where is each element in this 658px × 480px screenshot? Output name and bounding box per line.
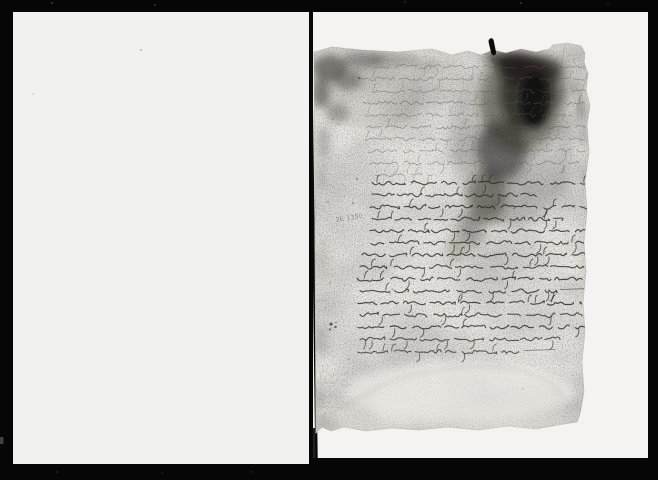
paper-speck (379, 55, 380, 56)
margin-dot (358, 77, 360, 79)
paper-speck (440, 321, 442, 323)
paper-speck (455, 244, 456, 245)
scan-image: 11 2E 1350 (0, 0, 658, 480)
margin-dot (329, 328, 331, 330)
paper-speck (416, 204, 417, 205)
margin-dot (327, 201, 329, 203)
paper-speck (483, 261, 484, 262)
paper-speck (453, 356, 454, 357)
paper-speck (489, 130, 491, 132)
paper-speck (530, 110, 531, 111)
paper-speck (435, 352, 436, 353)
paper-speck (575, 73, 576, 74)
paper-speck (443, 152, 444, 153)
margin-dot (356, 178, 358, 180)
paper-speck (452, 349, 453, 350)
paper-speck (533, 245, 534, 246)
paper-speck (423, 95, 424, 96)
paper-speck (332, 118, 334, 120)
paper-speck (322, 263, 323, 264)
paper-speck (420, 262, 421, 263)
paper-speck (430, 67, 432, 69)
paper-speck (446, 264, 448, 266)
paper-speck (353, 129, 354, 130)
paper-speck (399, 214, 400, 215)
margin-dot (335, 322, 337, 324)
paper-speck (496, 254, 497, 255)
ink-mark-dot (492, 59, 494, 61)
margin-dot (140, 49, 141, 50)
paper-speck (547, 272, 548, 273)
archival-scan-viewer: 11 2E 1350 (0, 0, 658, 480)
ink-blot-core (520, 74, 548, 126)
margin-dot (32, 93, 33, 94)
paper-speck (522, 388, 524, 390)
paper-speck (500, 351, 501, 352)
paper-speck (340, 297, 341, 298)
paper-speck (564, 233, 566, 235)
paper-speck (337, 123, 339, 125)
paper-speck (319, 398, 320, 399)
paper-speck (320, 347, 321, 348)
paper-speck (484, 254, 486, 256)
paper-speck (377, 193, 379, 195)
margin-dot (329, 282, 331, 284)
paper-speck (447, 355, 448, 356)
paper-speck (462, 229, 463, 230)
paper-speck (448, 308, 449, 309)
paper-speck (481, 72, 482, 73)
paper-speck (505, 216, 506, 217)
paper-speck (478, 277, 479, 278)
paper-speck (425, 56, 427, 58)
paper-speck (359, 321, 360, 322)
paper-speck (513, 207, 515, 209)
paper-speck (352, 79, 353, 80)
paper-speck (374, 87, 375, 88)
left-blank-page (13, 12, 309, 464)
margin-dot (334, 326, 336, 328)
folio-number: 11 (502, 58, 514, 69)
paper-speck (530, 247, 532, 249)
paper-speck (337, 95, 338, 96)
frame-edge-smudge (0, 437, 4, 444)
paper-speck (564, 120, 565, 121)
paper-speck (348, 358, 350, 360)
margin-dot (352, 202, 354, 204)
margin-dot (330, 323, 333, 326)
paper-speck (397, 148, 398, 149)
paper-speck (391, 288, 393, 290)
paper-speck (389, 293, 391, 295)
